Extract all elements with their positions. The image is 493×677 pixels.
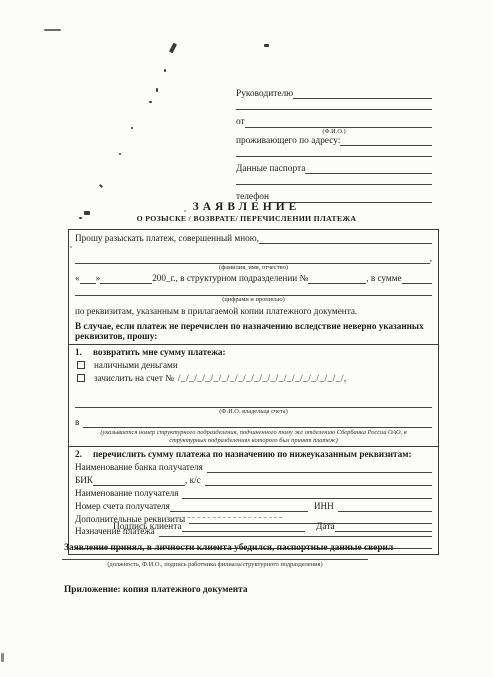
option1-title-row: 1. возвратить мне сумму платежа: (75, 347, 432, 358)
date-sum-row: « » 200_г., в структурном подразделении … (75, 273, 432, 284)
blank-line (236, 183, 432, 185)
date-label: Дата (316, 522, 335, 532)
to-label: Руководителю (236, 89, 293, 99)
blank-line (402, 282, 432, 284)
blank-line (338, 510, 432, 512)
bank-label: Наименование банка получателя (75, 462, 203, 473)
blank-line (207, 471, 432, 473)
form-body: Прошу разыскать платеж, совершенный мною… (68, 229, 439, 555)
bik-row: БИК , к/с (75, 475, 432, 486)
blank-line (182, 497, 432, 499)
in-label: в (75, 417, 79, 428)
section-divider (69, 446, 438, 447)
request-label: Прошу разыскать платеж, совершенный мною… (75, 233, 259, 244)
date-row: Дата (316, 522, 432, 532)
blank-line (236, 155, 432, 157)
account-option-row: зачислить на счет № /_/_/_/_/_/_/_/_/_/_… (75, 373, 432, 384)
staff-caption: (должность, Ф.И.О., подпись работника фи… (62, 560, 368, 568)
blank-line (205, 484, 432, 486)
inn-label: ИНН (314, 501, 334, 512)
blank-line (305, 172, 432, 174)
misdirected-clause: В случае, если платеж не перечислен по н… (75, 321, 432, 343)
to-row: Руководителю (236, 89, 432, 99)
year-label: 200_г., в структурном подразделении № (152, 273, 308, 284)
option1-title: возвратить мне сумму платежа: (93, 347, 226, 358)
signature-label: Подпись клиента (113, 522, 182, 532)
blank-line (308, 282, 366, 284)
amount-caption: (цифрами и прописью) (75, 296, 432, 304)
address-continuation-row (236, 155, 432, 157)
fio-caption: (фамилия, имя, отчество) (75, 264, 432, 272)
to-continuation-row (236, 108, 432, 110)
client-signature-row: Подпись клиента (113, 522, 305, 532)
branch-row: в (75, 417, 432, 428)
section-divider (69, 344, 438, 345)
passport-label: Данные паспорта (236, 164, 305, 174)
option2-number: 2. (75, 449, 93, 460)
from-label: от (236, 117, 245, 127)
request-continuation-row: , (75, 253, 432, 264)
blank-line (100, 282, 152, 284)
blank-line (93, 484, 185, 486)
blank-line (293, 97, 432, 99)
trailing-comma: , (430, 253, 432, 264)
branch-caption: (указывается номер структурного подразде… (75, 428, 432, 444)
address-row: проживающего по адресу: (236, 136, 432, 146)
form-title: ЗАЯВЛЕНИЕ (0, 201, 493, 213)
blank-line (83, 426, 432, 428)
recipient-label: Наименование получателя (75, 488, 178, 499)
option1-number: 1. (75, 347, 93, 358)
bank-name-row: Наименование банка получателя (75, 462, 432, 473)
option2-title-row: 2. перечислить сумму платежа по назначен… (75, 449, 432, 460)
blank-line (159, 535, 432, 537)
accepted-note: Заявление принял, в личности клиента убе… (64, 543, 443, 553)
account-number-cells: /_/_/_/_/_/_/_/_/_/_/_/_/_/_/_/_/_/_/_/_… (178, 373, 347, 384)
corr-account-label: , к/с (185, 475, 201, 486)
staff-signature-line: (должность, Ф.И.О., подпись работника фи… (62, 559, 368, 568)
cash-option-label: наличными деньгами (94, 360, 178, 371)
address-label: проживающего по адресу: (236, 136, 340, 146)
blank-line (335, 530, 432, 532)
attachment-note: Приложение: копия платежного документа (64, 585, 248, 595)
blank-line (182, 530, 305, 532)
form-subtitle: О РОЗЫСКЕ / ВОЗВРАТЕ/ ПЕРЕЧИСЛЕНИИ ПЛАТЕ… (0, 214, 493, 223)
checkbox-icon (77, 374, 85, 382)
recipient-row: Наименование получателя (75, 488, 432, 499)
sum-label: , в сумме (366, 273, 401, 284)
recipient-account-row: Номер счета получателя ИНН (75, 501, 432, 512)
account-option-label: зачислить на счет № (94, 373, 174, 384)
bik-label: БИК (75, 475, 93, 486)
request-row: Прошу разыскать платеж, совершенный мною… (75, 233, 432, 244)
cash-option-row: наличными деньгами (75, 360, 432, 371)
passport-row: Данные паспорта (236, 164, 432, 174)
blank-line (170, 510, 308, 512)
fio-caption: (Ф.И.О.) (236, 128, 432, 135)
blank-line (80, 282, 96, 284)
owner-caption: (Ф.И.О. владельца счета) (75, 408, 432, 416)
requisites-note: по реквизитам, указанным в прилагаемой к… (75, 306, 432, 317)
passport-continuation-row (236, 183, 432, 185)
option2-title: перечислить сумму платежа по назначению … (93, 449, 412, 460)
from-row: от (236, 117, 432, 127)
blank-line (236, 108, 432, 110)
recipient-account-label: Номер счета получателя (75, 501, 170, 512)
blank-line (340, 144, 432, 146)
addressee-block: Руководителю от (Ф.И.О.) проживающего по… (236, 88, 432, 203)
checkbox-icon (77, 361, 85, 369)
blank-line (259, 242, 432, 244)
scanned-application-form: Руководителю от (Ф.И.О.) проживающего по… (0, 0, 493, 677)
